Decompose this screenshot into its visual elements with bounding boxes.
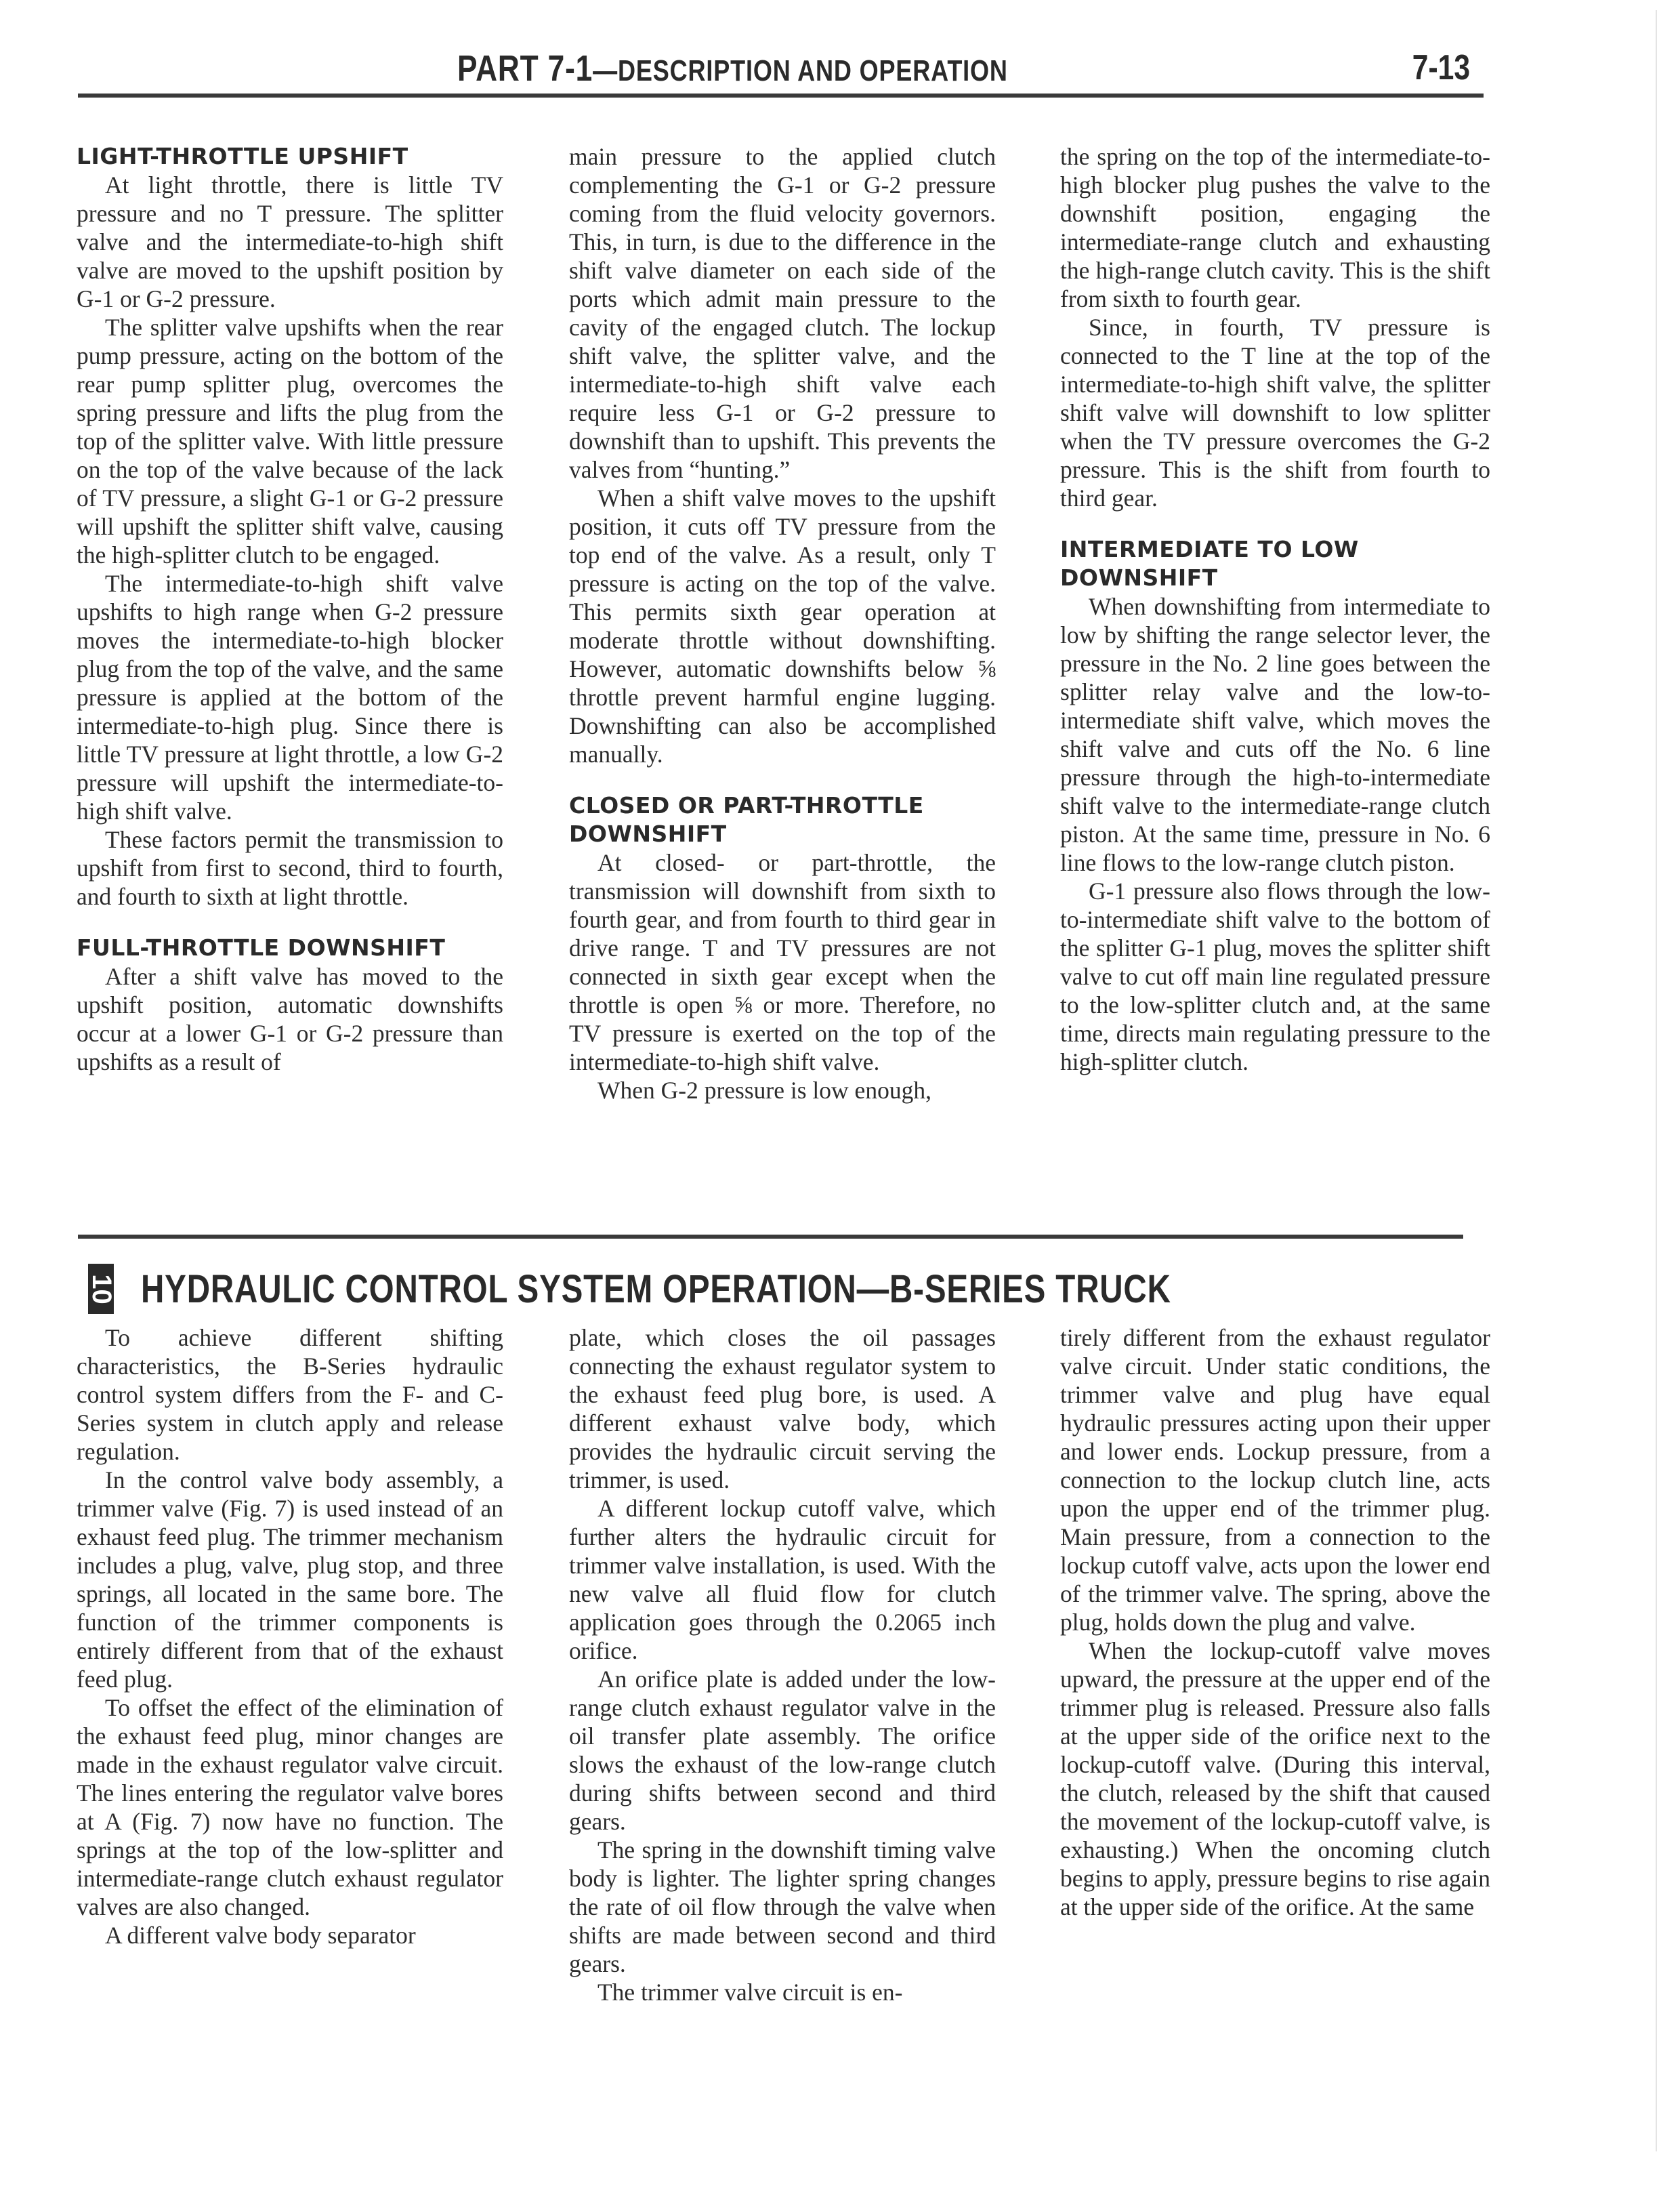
header-separator: — [593, 54, 618, 87]
subsection-heading: CLOSED OR PART-THROTTLE DOWNSHIFT [569, 791, 996, 848]
page-header: PART 7-1—DESCRIPTION AND OPERATION 7-13 [78, 47, 1470, 99]
body-paragraph: When G-2 pressure is low enough, [569, 1076, 996, 1105]
bottom-column-3: tirely different from the exhaust regula… [1060, 1323, 1490, 1921]
body-paragraph: When a shift valve moves to the upshift … [569, 484, 996, 768]
body-paragraph: To achieve different shifting characteri… [77, 1323, 503, 1466]
bottom-column-1: To achieve different shifting characteri… [77, 1323, 503, 1949]
bottom-column-2: plate, which closes the oil passages con… [569, 1323, 996, 2006]
body-paragraph: plate, which closes the oil passages con… [569, 1323, 996, 1494]
section-number-badge: 10 [88, 1264, 114, 1314]
body-paragraph: A different valve body separator [77, 1921, 503, 1949]
subsection-heading: INTERMEDIATE TO LOW DOWNSHIFT [1060, 535, 1490, 592]
body-paragraph: The splitter valve upshifts when the rea… [77, 313, 503, 569]
section-number: 10 [86, 1274, 117, 1304]
top-column-1: LIGHT-THROTTLE UPSHIFTAt light throttle,… [77, 142, 503, 1076]
section-heading: 10 HYDRAULIC CONTROL SYSTEM OPERATION—B-… [88, 1262, 1398, 1316]
body-paragraph: These factors permit the transmission to… [77, 825, 503, 911]
header-title: PART 7-1—DESCRIPTION AND OPERATION [457, 47, 1008, 89]
body-paragraph: The intermediate-to-high shift valve ups… [77, 569, 503, 825]
top-column-3: the spring on the top of the intermediat… [1060, 142, 1490, 1076]
header-rule [78, 94, 1484, 98]
body-paragraph: After a shift valve has moved to the ups… [77, 962, 503, 1076]
section-divider-rule [78, 1235, 1463, 1239]
body-paragraph: To offset the effect of the elimination … [77, 1693, 503, 1921]
body-paragraph: At light throttle, there is little TV pr… [77, 171, 503, 313]
body-paragraph: G-1 pressure also flows through the low-… [1060, 877, 1490, 1076]
part-label: PART 7-1 [457, 48, 593, 89]
body-paragraph: When the lockup-cutoff valve moves upwar… [1060, 1636, 1490, 1921]
body-paragraph: An orifice plate is added under the low-… [569, 1665, 996, 1836]
body-paragraph: tirely different from the exhaust regula… [1060, 1323, 1490, 1636]
section-title: HYDRAULIC CONTROL SYSTEM OPERATION—B-SER… [141, 1266, 1171, 1312]
header-section-title: DESCRIPTION AND OPERATION [618, 54, 1008, 87]
body-paragraph: the spring on the top of the intermediat… [1060, 142, 1490, 313]
body-paragraph: The trimmer valve circuit is en- [569, 1978, 996, 2006]
subsection-heading: LIGHT-THROTTLE UPSHIFT [77, 142, 503, 171]
body-paragraph: At closed- or part-throttle, the transmi… [569, 848, 996, 1076]
body-paragraph: main pressure to the applied clutch comp… [569, 142, 996, 484]
top-column-2: main pressure to the applied clutch comp… [569, 142, 996, 1105]
body-paragraph: The spring in the downshift timing valve… [569, 1836, 996, 1978]
body-paragraph: Since, in fourth, TV pressure is connect… [1060, 313, 1490, 512]
body-paragraph: When downshifting from intermediate to l… [1060, 592, 1490, 877]
body-paragraph: A different lockup cutoff valve, which f… [569, 1494, 996, 1665]
body-paragraph: In the control valve body assembly, a tr… [77, 1466, 503, 1693]
subsection-heading: FULL-THROTTLE DOWNSHIFT [77, 934, 503, 962]
page-number: 7-13 [1412, 47, 1470, 88]
page-edge [1656, 10, 1657, 2151]
